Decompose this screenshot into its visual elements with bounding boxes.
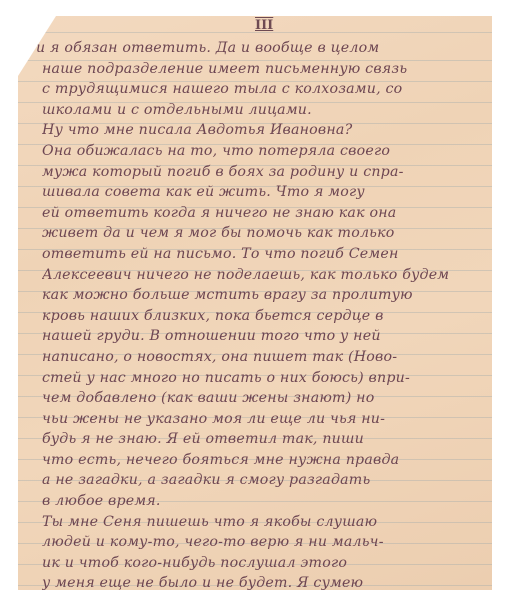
text-line: ответить ей на письмо. То что погиб Семе… — [42, 244, 478, 265]
text-line: Ну что мне писала Авдотья Ивановна? — [42, 120, 478, 141]
text-line: будь я не знаю. Я ей ответил так, пиши — [42, 429, 478, 450]
text-line: чем добавлено (как ваши жены знают) но — [42, 388, 478, 409]
letter-page: III и я обязан ответить. Да и вообще в ц… — [18, 16, 492, 590]
text-line: ей ответить когда я ничего не знаю как о… — [42, 203, 478, 224]
page-number: III — [255, 18, 273, 33]
text-line: в любое время. — [42, 491, 478, 512]
text-line: наше подразделение имеет письменную связ… — [42, 59, 478, 80]
text-line: а не загадки, а загадки я смогу разгадат… — [42, 470, 478, 491]
text-line: школами и с отдельными лицами. — [42, 100, 478, 121]
text-line: и я обязан ответить. Да и вообще в целом — [36, 38, 478, 59]
text-line: Она обижалась на то, что потеряла своего — [42, 141, 478, 162]
text-line: стей у нас много но писать о них боюсь) … — [42, 368, 478, 389]
text-line: Ты мне Сеня пишешь что я якобы слушаю — [42, 512, 478, 533]
text-line: написано, о новостях, она пишет так (Нов… — [42, 347, 478, 368]
text-line: как можно больше мстить врагу за пролиту… — [42, 285, 478, 306]
text-line: что есть, нечего бояться мне нужна правд… — [42, 450, 478, 471]
text-line: кровь наших близких, пока бьется сердце … — [42, 306, 478, 327]
text-line: нашей груди. В отношении того что у ней — [42, 326, 478, 347]
text-line: шивала совета как ей жить. Что я могу — [42, 182, 478, 203]
letter-text: и я обязан ответить. Да и вообще в целом… — [42, 38, 478, 594]
text-line: живет да и чем я мог бы помочь как тольк… — [42, 223, 478, 244]
text-line: ик и чтоб кого-нибудь послушал этого — [42, 553, 478, 574]
text-line: у меня еще не было и не будет. Я сумею — [42, 573, 478, 594]
text-line: мужа который погиб в боях за родину и сп… — [42, 162, 478, 183]
text-line: чьи жены не указано моя ли еще ли чья ни… — [42, 409, 478, 430]
text-line: Алексеевич ничего не поделаешь, как толь… — [42, 265, 478, 286]
text-line: с трудящимися нашего тыла с колхозами, с… — [42, 79, 478, 100]
text-line: людей и кому-то, чего-то верю я ни мальч… — [42, 532, 478, 553]
